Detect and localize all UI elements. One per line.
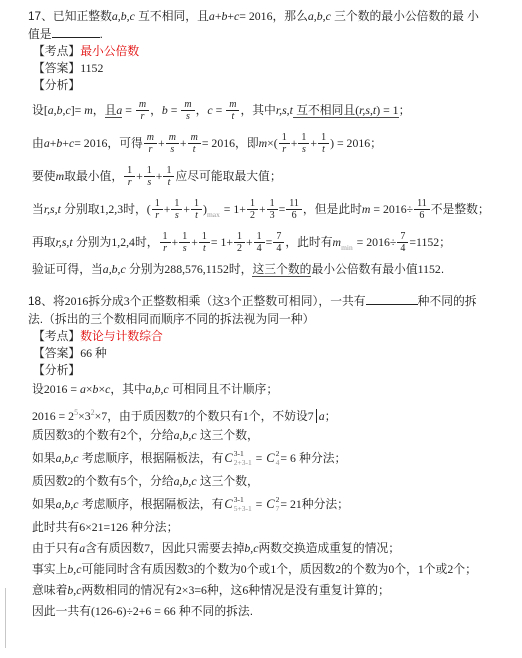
fraction-denominator: 2 [248,210,257,222]
fraction: mr [136,99,149,123]
math-number: + [310,136,317,150]
text-run: 质因数 [32,428,67,442]
answer-row: 【答案】1152 [33,60,514,77]
fraction-numerator: 1 [247,198,258,211]
answer-value: 1152 [80,61,103,75]
fraction-denominator: t [191,144,198,156]
math-variable: b,c [67,583,81,597]
math-number: = 6 [280,451,296,465]
fraction-denominator: s [181,243,189,255]
fraction: 1t [199,231,210,255]
math-number: + [180,136,187,150]
fraction: 12 [234,231,245,255]
problem-statement-line: 17、已知正整数a,b,c 互不相同，且a+b+c= 2016，那么a,b,c … [28,7,514,25]
fraction-numerator: 1 [179,231,190,244]
text-run: 设 [32,103,44,117]
text-run: 的个数只有 [184,409,243,423]
fraction: 74 [397,231,408,255]
analysis-line: 意味着b,c两数相同的情况有2×3=6种，这6种情况是没有重复计算的； [32,580,514,601]
analysis-line: 当r,s,t 分别取1,2,3时，(1r+1s+1t)max = 1+12+13… [32,193,514,226]
text-run: 互不相同，且 [135,9,209,23]
combination-letter: C [266,446,274,471]
math-variable: m [259,136,268,150]
math-number: = 1+ [221,202,246,216]
fraction-denominator: t [166,177,173,189]
fraction-denominator: 3 [268,210,277,222]
math-number: ]= [71,103,85,117]
topic-label: 【考点】 [33,44,80,58]
fraction: 116 [286,198,302,222]
fraction: 1t [318,132,329,156]
combination-subscript: 4 [276,459,280,468]
math-variable: a,b,c [174,428,197,442]
analysis-line: 如果a,b,c 考虑顺序，根据隔板法，有C3-15+3-1 = C27= 21种… [32,492,514,517]
text-run: 两数相同的情况有 [82,583,176,597]
math-number: = [266,235,273,249]
text-run: 当 [32,202,44,216]
text-run: 个，不妨设 [249,409,308,423]
scan-artifact-line [5,588,6,648]
math-variable: a,b,c [174,474,197,488]
fraction-numerator: 1 [234,231,245,244]
text-run: 如果 [32,451,56,465]
fraction: 1s [171,198,182,222]
math-number: = [253,451,266,465]
math-variable: a,b,c [48,103,71,117]
text-run: 个， [394,562,418,576]
math-number: ( [147,202,151,216]
text-run: 可能同时含有质因数 [82,562,188,576]
math-number: × [86,382,93,396]
analysis-line: 质因数3的个数有2个，分给a,b,c 这三个数， [32,425,514,446]
text-run: 分别为 [126,262,165,276]
math-number: + [172,235,179,249]
fraction-denominator: r [146,144,154,156]
combination-indices: 24 [276,450,280,467]
fraction: 116 [414,198,430,222]
text-run: 最小公倍数有最小值 [311,262,417,276]
math-number: 2016 = [44,382,80,396]
analysis-line: 由于只有a含有质因数7，因此只需要去掉b,c两数交换造成重复的情况； [32,538,514,559]
fraction-numerator: 1 [171,198,182,211]
text-run: 18、将 [28,294,65,308]
text-run: 再取 [32,235,56,249]
text-run: 时， [135,235,159,249]
math-number: 7 [308,409,314,423]
text-run: 拆分成 [88,294,123,308]
fraction-numerator: m [226,99,239,112]
math-variable: r,s,t [276,103,293,117]
math-number: + [62,136,69,150]
math-number: = 2016 [74,136,107,150]
math-number: 2016 [65,294,89,308]
fraction-numerator: 7 [397,231,408,244]
text-run: 种分法； [296,451,346,465]
math-number: + [183,202,190,216]
power-expression: 32 [85,409,95,423]
text-run: 17、已知正整数 [28,9,112,23]
text-run: 时， [123,202,147,216]
text-run: ，由于质因数 [107,409,178,423]
math-variable: r,s,t [359,103,376,118]
math-number: ) = 2016 [330,136,370,150]
fraction-denominator: r [280,144,288,156]
text-run: 这三个数， [197,428,259,442]
math-variable: m [333,235,342,249]
analysis-line: 如果a,b,c 考虑顺序，根据隔板法，有C3-12+3-1 = C24= 6 种… [32,446,514,471]
text-run: 的个数为 [341,562,388,576]
text-run: 互不相同且 [293,103,355,118]
math-number: 288,576,1152 [164,262,228,276]
fraction: mt [226,99,239,123]
math-variable: a,b,c [146,382,169,396]
math-number: + [191,235,198,249]
power-expression: 25 [68,409,78,423]
text-run: ， [150,103,162,117]
answer-label: 【答案】 [33,61,80,75]
fraction-denominator: t [229,111,236,123]
math-number: = 2016÷ [370,202,413,216]
math-variable: a,b,c [103,262,126,276]
analysis-line: 设2016 = a×b×c，其中a,b,c 可相同且不计顺序； [32,379,514,400]
text-run: 且 [105,103,117,118]
text-run: 个或 [424,562,448,576]
fraction: 1t [163,165,174,189]
fraction-numerator: 11 [414,198,430,211]
fraction-denominator: t [201,243,208,255]
fraction-numerator: 1 [279,132,290,145]
math-variable: a,b,c [112,9,135,23]
fraction-denominator: 4 [398,243,407,255]
analysis-label: 【分析】 [33,78,80,92]
math-variable: m [56,169,65,183]
fraction: 12 [247,198,258,222]
fraction-denominator: 4 [274,243,283,255]
fraction-denominator: 6 [290,210,299,222]
combination-symbol: C27 [266,492,279,517]
fraction-denominator: 6 [417,210,426,222]
text-run: 个，分给 [126,428,173,442]
fraction: ms [166,132,179,156]
text-run: 个正整数可相同），一共有 [230,294,366,308]
worksheet-page: 17、已知正整数a,b,c 互不相同，且a+b+c= 2016，那么a,b,c … [0,0,522,658]
text-run: ； [325,409,337,423]
text-run: 应尽可能取最大值； [175,169,281,183]
text-run: 个； [453,562,477,576]
text-run: 个，质因数 [276,562,335,576]
fraction-numerator: m [136,99,149,112]
text-run: 种，这 [207,583,242,597]
fraction: 1r [160,231,171,255]
blank-underline [366,292,418,305]
math-number: ×( [267,136,278,150]
problem-18-block: 18、将2016拆分成3个正整数相乘（这3个正整数可相同），一共有种不同的拆 法… [28,292,514,622]
fraction: mt [188,132,201,156]
fraction-numerator: 11 [286,198,302,211]
fraction: 1s [144,165,155,189]
fraction-numerator: 1 [144,165,155,178]
fraction-denominator: r [153,210,161,222]
math-variable: a,b,c [56,497,79,511]
analysis-line: 事实上b,c可能同时含有质因数3的个数为0个或1个，质因数2的个数为0个，1个或… [32,559,514,580]
fraction: 1s [179,231,190,255]
topic-row: 【考点】数论与计数综合 [33,328,514,345]
fraction-numerator: 1 [163,165,174,178]
fraction-numerator: 1 [199,231,210,244]
text-run: 如果 [32,497,56,511]
fraction: 14 [254,231,265,255]
problem-17-block: 17、已知正整数a,b,c 互不相同，且a+b+c= 2016，那么a,b,c … [28,7,514,280]
text-run: . [441,262,444,276]
fraction-denominator: t [193,210,200,222]
analysis-line: 验证可得，当a,b,c 分别为288,576,1152时，这三个数的最小公倍数有… [32,259,514,280]
math-number: 2016 = [32,409,68,423]
text-run: ，其中 [110,382,145,396]
text-run: 法.（拆出的三个数相同而顺序不同的拆法视为同一种） [28,312,314,326]
combination-letter: C [224,446,232,471]
fraction-numerator: 1 [298,132,309,145]
text-run: 考虑顺序，根据隔板法，有 [79,497,224,511]
text-run: 个或 [247,562,271,576]
fraction-denominator: s [184,111,192,123]
combination-subscript: 7 [276,505,280,514]
subscript-label: min [341,243,353,252]
math-number: + [164,202,171,216]
text-run: 种不同的拆 [418,294,477,308]
text-run: 事实上 [32,562,67,576]
text-run: ，此时有 [285,235,332,249]
text-run: 的个数有 [73,428,120,442]
analysis-line: 由a+b+c= 2016，可得mr+ms+mt= 2016，即m×(1r+1s+… [32,127,514,160]
text-run: 分别为 [73,235,112,249]
math-number: + [136,169,143,183]
answer-row: 【答案】66 种 [33,345,514,362]
fraction-numerator: m [188,132,201,145]
fraction-denominator: r [139,111,147,123]
combination-letter: C [266,492,274,517]
text-run: ，即 [235,136,259,150]
fraction-numerator: m [144,132,157,145]
text-run: ； [370,136,382,150]
fraction-denominator: r [161,243,169,255]
fraction: 13 [267,198,278,222]
math-number: 1,2,4 [111,235,135,249]
text-run: 要使 [32,169,56,183]
text-run: 由于只有 [32,541,79,555]
math-number: 6×21=126 [79,520,128,534]
analysis-line: 因此一共有(126-6)÷2+6 = 66 种不同的拆法. [32,601,514,622]
text-run: . [100,27,103,41]
text-run: 个，分给 [126,474,173,488]
math-number: + [156,169,163,183]
text-run: 分别取 [61,202,100,216]
math-number: = 21 [280,497,301,511]
math-variable: b,c [244,541,258,555]
math-variable: a,b,c [308,9,331,23]
text-run: 因此一共有 [32,604,91,618]
math-number: 1152 [418,262,441,276]
fraction-denominator: s [173,210,181,222]
fraction: 1r [279,132,290,156]
fraction: ms [181,99,194,123]
text-run: 含有质因数 [85,541,144,555]
fraction: 1t [191,198,202,222]
math-number: + [259,202,266,216]
math-number: = [168,103,181,117]
math-number: = [253,497,266,511]
problem-statement-line: 法.（拆出的三个数相同而顺序不同的拆法视为同一种） [28,310,514,328]
text-run: 时， [229,262,253,276]
math-variable: m [84,103,93,117]
text-run: 这三个数， [197,474,259,488]
math-variable: r,s,t [56,235,73,249]
text-run: 两数交换造成重复的情况； [259,541,401,555]
topic-label: 【考点】 [33,329,80,343]
fraction-numerator: 1 [191,198,202,211]
fraction-numerator: 1 [254,231,265,244]
math-number: 2×3=6 [176,583,207,597]
topic-row: 【考点】最小公倍数 [33,43,514,60]
text-run: 质因数 [32,474,67,488]
math-number: = 2016÷ [354,235,397,249]
answer-value: 66 种 [80,346,107,360]
combination-symbol: C3-12+3-1 [224,446,251,471]
fraction-numerator: m [181,99,194,112]
fraction: 1r [124,165,135,189]
text-run: ； [439,235,451,249]
math-number: ) = 1 [376,103,398,118]
text-run: ， [93,103,105,117]
math-number: + [246,235,253,249]
topic-value: 最小公倍数 [80,44,139,58]
text-run: 取最小值， [64,169,123,183]
math-number: = 1+ [211,235,233,249]
math-number: = 2016 [202,136,235,150]
text-run: 由 [32,136,44,150]
text-run: 考虑顺序，根据隔板法，有 [79,451,224,465]
combination-subscript: 5+3-1 [234,505,252,514]
fraction-numerator: 1 [160,231,171,244]
fraction-denominator: s [300,144,308,156]
analysis-line: 此时共有6×21=126 种分法； [32,517,514,538]
analysis-line: 质因数2的个数有5个，分给a,b,c 这三个数， [32,471,514,492]
math-number: + [291,136,298,150]
text-run: 种不同的拆法. [176,604,253,618]
divides-bar [316,409,317,423]
text-run: 这三个数的 [252,262,311,277]
math-number: 1,2,3 [100,202,124,216]
fraction: 74 [273,231,284,255]
text-run: 可相同且不计顺序； [169,382,278,396]
fraction-numerator: m [166,132,179,145]
combination-indices: 3-12+3-1 [234,450,252,467]
math-variable: r,s,t [44,202,61,216]
combination-indices: 3-15+3-1 [234,496,252,513]
fraction-denominator: t [320,144,327,156]
math-number: = [279,202,286,216]
fraction-denominator: s [145,177,153,189]
text-run: 设 [32,382,44,396]
math-number: (126-6)÷2+6 = 66 [91,604,176,618]
fraction-numerator: 1 [124,165,135,178]
math-variable: a,b,c [56,451,79,465]
blank-underline [52,25,100,38]
text-run: 的个数有 [73,474,120,488]
text-run: 验证可得，当 [32,262,103,276]
text-run: 此时共有 [32,520,79,534]
fraction-numerator: 7 [273,231,284,244]
combination-letter: C [224,492,232,517]
fraction: 1r [152,198,163,222]
subscript-label: max [207,210,220,219]
math-number: = [122,103,135,117]
text-run: 值是 [28,27,52,41]
math-variable: b,c [67,562,81,576]
fraction-numerator: 1 [152,198,163,211]
analysis-label: 【分析】 [33,363,80,377]
fraction: 1s [298,132,309,156]
text-run: ； [399,103,411,117]
math-number: = [213,103,226,117]
fraction-denominator: 2 [235,243,244,255]
combination-symbol: C3-15+3-1 [224,492,251,517]
text-run: 个正整数相乘（这 [130,294,224,308]
text-run: 三个数的最小公倍数的最 小 [331,9,479,23]
combination-subscript: 2+3-1 [234,459,252,468]
fraction-denominator: s [168,144,176,156]
text-run: 不是整数； [431,202,490,216]
problem-statement-line: 值是. [28,25,514,43]
analysis-row: 【分析】 [33,362,514,379]
fraction-numerator: 1 [318,132,329,145]
analysis-row: 【分析】 [33,77,514,94]
text-run: ， [196,103,208,117]
topic-value: 数论与计数综合 [80,329,163,343]
fraction-denominator: r [126,177,134,189]
analysis-lines: 设[a,b,c]= m，且a = mr，b = ms，c = mt，其中r,s,… [32,94,514,280]
math-number: + [158,136,165,150]
text-run: 的个数为 [194,562,241,576]
analysis-line: 设[a,b,c]= m，且a = mr，b = ms，c = mt，其中r,s,… [32,94,514,127]
fraction-denominator: 4 [255,243,264,255]
math-number: × [78,409,85,423]
analysis-line: 再取r,s,t 分别为1,2,4时，1r+1s+1t= 1+12+14=74，此… [32,226,514,259]
combination-indices: 27 [276,496,280,513]
analysis-line: 要使m取最小值，1r+1s+1t应尽可能取最大值； [32,160,514,193]
text-run: 意味着 [32,583,67,597]
text-run: ，其中 [240,103,275,117]
problem-statement-line: 18、将2016拆分成3个正整数相乘（这3个正整数可相同），一共有种不同的拆 [28,292,514,310]
math-number: ×7 [95,409,108,423]
text-run: ，那么 [272,9,307,23]
analysis-lines: 设2016 = a×b×c，其中a,b,c 可相同且不计顺序；2016 = 25… [32,379,514,622]
fraction-numerator: 1 [267,198,278,211]
text-run: ，可得 [107,136,142,150]
text-run: ，因此只需要去掉 [150,541,244,555]
analysis-line: 2016 = 25×32×7，由于质因数7的个数只有1个，不妨设7a； [32,400,514,425]
text-run: 种情况是没有重复计算的； [248,583,390,597]
math-number: =1152 [409,235,439,249]
text-run: 种分法； [302,497,349,511]
text-run: ，但是此时 [303,202,362,216]
combination-symbol: C24 [266,446,279,471]
math-number: = 2016 [239,9,272,23]
fraction: mr [144,132,157,156]
answer-label: 【答案】 [33,346,80,360]
text-run: 种分法； [128,520,178,534]
